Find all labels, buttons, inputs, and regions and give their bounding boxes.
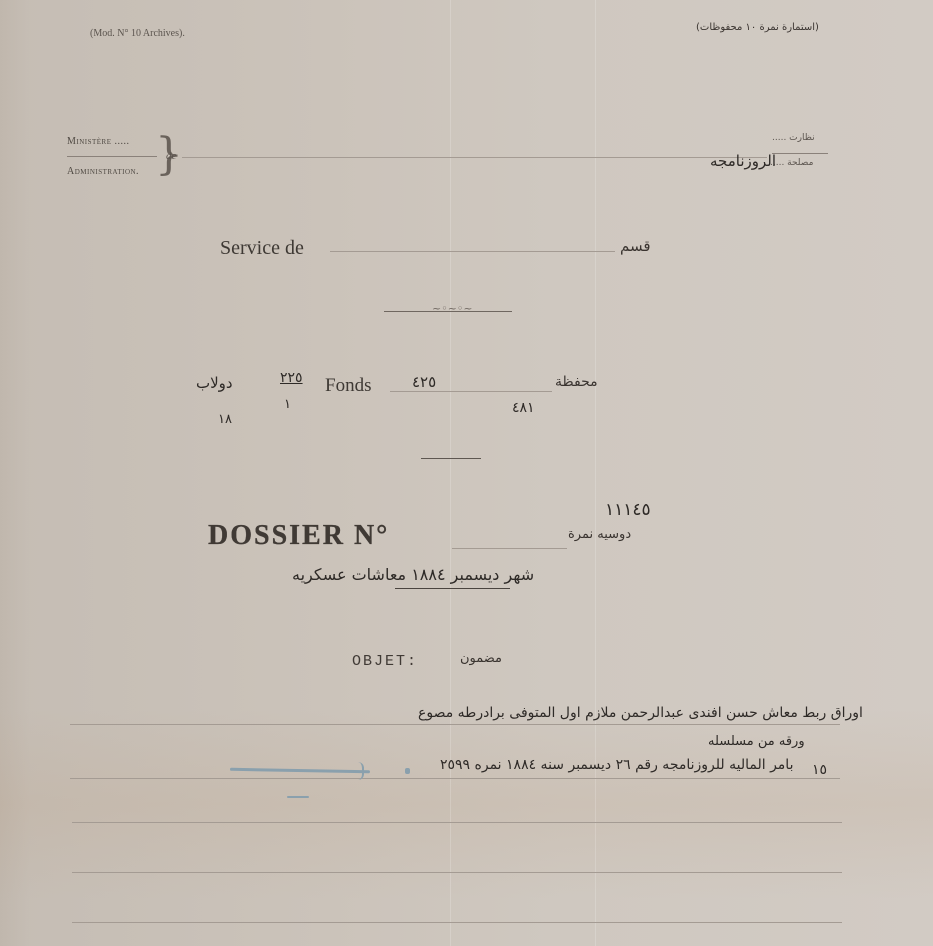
objet-ruled-line-1 [70,724,840,725]
fonds-arabic-fill-line[interactable] [480,391,552,392]
fonds-label: Fonds [325,375,371,397]
objet-label-arabic: مضمون [460,651,502,666]
model-reference: (Mod. N° 10 Archives). [90,28,185,39]
blank-ruled-line [72,922,842,923]
administration-label: Administration. [67,166,139,177]
blank-ruled-line [72,822,842,823]
fonds-label-arabic: محفظة [555,374,598,390]
ministere-label: Ministère ..... [67,136,130,147]
fonds-fill-line[interactable] [390,391,480,392]
dossier-label: DOSSIER N° [208,520,389,552]
section-divider [421,458,481,459]
fonds-value-left: ٢٢٥ [280,370,303,386]
ministere-divider [67,156,157,157]
handwritten-administration: الروزنامجه [710,152,776,170]
objet-label: OBJET: [352,653,418,670]
dolap-value: ١ [284,397,291,412]
objet-text-line-1: اوراق ربط معاش حسن افندى عبدالرحمن ملازم… [418,705,863,721]
service-label-arabic: قسم [620,237,651,255]
dossier-subtitle-underline [395,588,510,589]
model-reference-arabic: (استمارة نمرة ١٠ محفوظات) [696,22,819,33]
dolap-sub-value: ١٨ [218,412,232,427]
service-label: Service de [220,237,304,260]
dossier-label-arabic: دوسيه نمرة [568,527,631,542]
objet-page-number: ١٥ [812,762,827,778]
ornament-flourish: ~◦~◦~ [432,302,473,315]
objet-text-line-3: بامر الماليه للروزنامجه رقم ٢٦ ديسمبر سن… [440,757,793,773]
paper-fold-line [595,0,596,946]
de-label: de [166,150,176,162]
service-fill-line[interactable] [330,251,615,252]
dolap-label: دولاب [196,374,233,392]
dossier-number: ١١١٤٥ [605,500,651,520]
maslahat-label-arabic: مصلحة ..... [770,158,813,168]
nazaret-label-arabic: نظارت ..... [772,133,815,143]
dossier-subtitle: شهر ديسمبر ١٨٨٤ معاشات عسكريه [292,565,534,584]
blue-pencil-mark [405,768,410,774]
blue-pencil-mark [287,796,309,798]
fonds-value-right: ٤٢٥ [412,373,436,391]
arabic-divider [772,153,828,154]
objet-text-line-2: ورقه من مسلسله [708,734,805,749]
paper-fold-line [450,0,451,946]
fonds-sub-value: ٤٨١ [512,400,535,416]
blank-ruled-line [72,872,842,873]
objet-ruled-line-2 [70,778,840,779]
dossier-fill-line[interactable] [452,548,567,549]
ministere-fill-line[interactable] [182,157,767,158]
